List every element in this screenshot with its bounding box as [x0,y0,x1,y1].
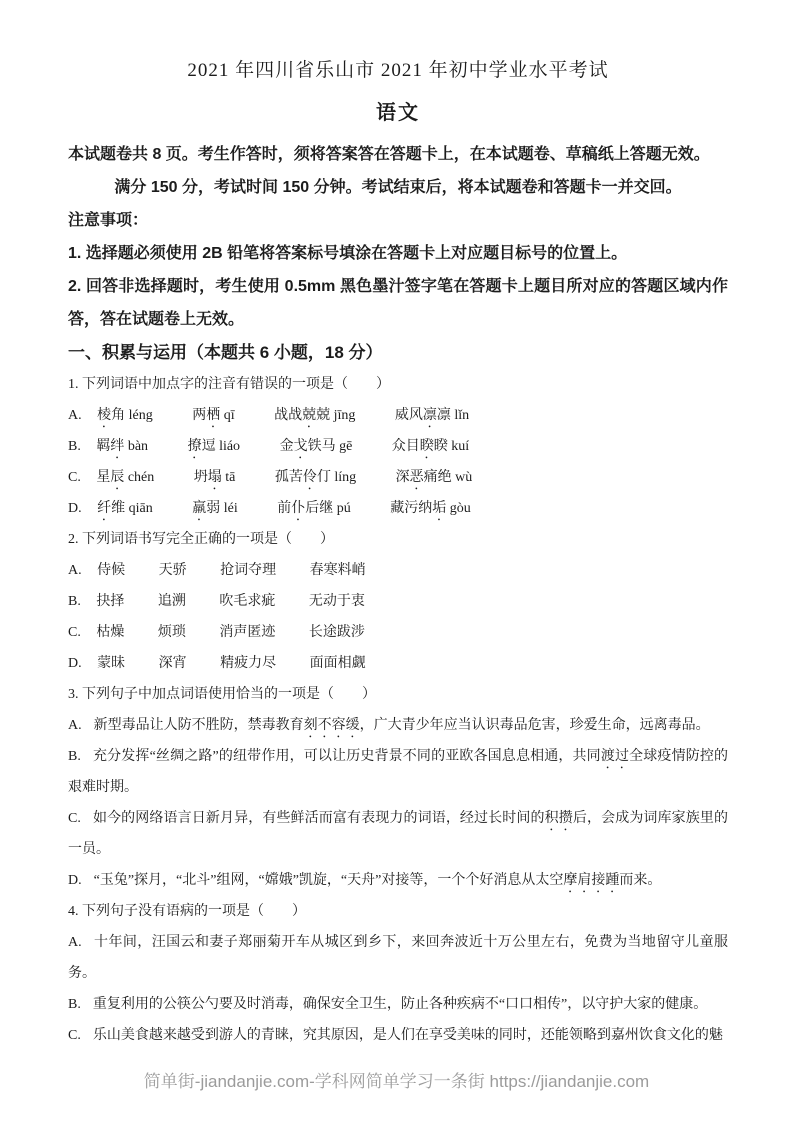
q3-option-d: D.“玉兔”探月，“北斗”组网，“嫦娥”凯旋，“天舟”对接等，一个个好消息从太空… [68,865,728,896]
pinyin-word: 前仆后继 pú [277,501,351,516]
option-label: A. [68,718,82,733]
q3-option-c: C.如今的网络语言日新月异，有些鲜活而富有表现力的词语，经过长时间的积攒后，会成… [68,803,728,865]
q1-option-c: C. 星辰 chén 坍塌 tā 孤苦伶仃 líng 深恶痛绝 wù [68,462,728,493]
word-item: 烦琐 [158,625,186,640]
pinyin-word: 羁绊 bàn [96,439,148,454]
questions-area: 1. 下列词语中加点字的注音有错误的一项是（ ） A. 棱角 léng 两栖 q… [68,369,728,1051]
exam-notice: 本试题卷共 8 页。考生作答时，须将答案答在答题卡上，在本试题卷、草稿纸上答题无… [68,138,728,336]
pinyin-word: 孤苦伶仃 líng [275,470,356,485]
option-sentence: 新型毒品让人防不胜防，禁毒教育刻不容缓，广大青少年应当认识毒品危害，珍爱生命，远… [94,718,710,733]
word-item: 面面相觑 [310,656,366,671]
pinyin-word: 深恶痛绝 wù [396,470,473,485]
word-item: 长途跋涉 [309,625,365,640]
word-item: 春寒料峭 [310,563,366,578]
exam-paper-page: 2021 年四川省乐山市 2021 年初中学业水平考试 语文 本试题卷共 8 页… [0,0,793,1122]
q2-option-a: A. 侍候 天骄 抢词夺理 春寒料峭 [68,555,728,586]
section1-title: 一、积累与运用（本题共 6 小题，18 分） [68,336,728,369]
q3-option-a: A.新型毒品让人防不胜防，禁毒教育刻不容缓，广大青少年应当认识毒品危害，珍爱生命… [68,710,728,741]
option-label: B. [68,594,81,609]
notice-item2: 2. 回答非选择题时，考生使用 0.5mm 黑色墨汁签字笔在答题卡上题目所对应的… [68,270,728,336]
word-item: 追溯 [158,594,186,609]
option-label: A. [68,563,82,578]
notice-line1: 本试题卷共 8 页。考生作答时，须将答案答在答题卡上，在本试题卷、草稿纸上答题无… [68,138,728,171]
q2-stem: 2. 下列词语书写完全正确的一项是（ ） [68,524,728,555]
pinyin-word: 撩逗 liáo [188,439,241,454]
q4-option-b: B.重复利用的公筷公勺要及时消毒，确保安全卫生，防止各种疾病不“口口相传”，以守… [68,989,728,1020]
option-label: C. [68,625,81,640]
q1-option-a: A. 棱角 léng 两栖 qī 战战兢兢 jīng 威风凛凛 lǐn [68,400,728,431]
word-item: 抉择 [96,594,124,609]
option-sentence: 乐山美食越来越受到游人的青睐，究其原因，是人们在享受美味的同时，还能领略到嘉州饮… [93,1028,723,1043]
q3-option-b: B.充分发挥“丝绸之路”的纽带作用，可以让历史背景不同的亚欧各国息息相通，共同渡… [68,741,728,803]
q2-option-b: B. 抉择 追溯 吹毛求疵 无动于衷 [68,586,728,617]
option-label: D. [68,501,82,516]
option-label: B. [68,439,81,454]
watermark-footer: 简单街-jiandanjie.com-学科网简单学习一条街 https://ji… [0,1067,793,1092]
option-label: C. [68,1028,81,1043]
q4-option-c: C.乐山美食越来越受到游人的青睐，究其原因，是人们在享受美味的同时，还能领略到嘉… [68,1020,728,1051]
pinyin-word: 羸弱 léi [192,501,238,516]
notice-heading: 注意事项： [68,204,728,237]
pinyin-word: 棱角 léng [97,408,153,423]
pinyin-word: 星辰 chén [96,470,154,485]
q3-stem: 3. 下列句子中加点词语使用恰当的一项是（ ） [68,679,728,710]
pinyin-word: 藏污纳垢 gòu [390,501,471,516]
option-sentence: 如今的网络语言日新月异，有些鲜活而富有表现力的词语，经过长时间的积攒后，会成为词… [68,811,728,857]
option-label: A. [68,408,82,423]
option-sentence: 充分发挥“丝绸之路”的纽带作用，可以让历史背景不同的亚欧各国息息相通，共同渡过全… [68,749,728,795]
pinyin-word: 战战兢兢 jīng [274,408,355,423]
q2-option-c: C. 枯燥 烦琐 消声匿迹 长途跋涉 [68,617,728,648]
word-item: 抢词夺理 [220,563,276,578]
word-item: 深宵 [159,656,187,671]
option-label: D. [68,873,82,888]
option-sentence: “玉兔”探月，“北斗”组网，“嫦娥”凯旋，“天舟”对接等，一个个好消息从太空摩肩… [94,873,662,888]
option-label: D. [68,656,82,671]
word-item: 消声匿迹 [219,625,275,640]
option-label: B. [68,749,81,764]
option-sentence: 重复利用的公筷公勺要及时消毒，确保安全卫生，防止各种疾病不“口口相传”，以守护大… [93,997,707,1012]
option-label: B. [68,997,81,1012]
pinyin-word: 金戈铁马 gē [280,439,353,454]
page-title: 2021 年四川省乐山市 2021 年初中学业水平考试 [68,56,728,86]
q1-option-b: B. 羁绊 bàn 撩逗 liáo 金戈铁马 gē 众目睽睽 kuí [68,431,728,462]
notice-item1: 1. 选择题必须使用 2B 铅笔将答案标号填涂在答题卡上对应题目标号的位置上。 [68,237,728,270]
word-item: 枯燥 [96,625,124,640]
word-item: 无动于衷 [309,594,365,609]
option-label: C. [68,811,81,826]
pinyin-word: 纤维 qiān [97,501,153,516]
q4-stem: 4. 下列句子没有语病的一项是（ ） [68,896,728,927]
pinyin-word: 威风凛凛 lǐn [395,408,469,423]
word-item: 精疲力尽 [220,656,276,671]
q2-option-d: D. 蒙昧 深宵 精疲力尽 面面相觑 [68,648,728,679]
notice-line2: 满分 150 分，考试时间 150 分钟。考试结束后，将本试题卷和答题卡一并交回… [68,171,728,204]
q1-stem: 1. 下列词语中加点字的注音有错误的一项是（ ） [68,369,728,400]
word-item: 天骄 [159,563,187,578]
word-item: 蒙昧 [97,656,125,671]
q1-option-d: D. 纤维 qiān 羸弱 léi 前仆后继 pú 藏污纳垢 gòu [68,493,728,524]
pinyin-word: 众目睽睽 kuí [392,439,469,454]
pinyin-word: 两栖 qī [192,408,234,423]
subject-title: 语文 [68,98,728,128]
pinyin-word: 坍塌 tā [194,470,236,485]
option-label: C. [68,470,81,485]
word-item: 吹毛求疵 [219,594,275,609]
option-label: A. [68,935,82,950]
word-item: 侍候 [97,563,125,578]
q4-option-a: A.十年间，汪国云和妻子郑丽菊开车从城区到乡下，来回奔波近十万公里左右，免费为当… [68,927,728,989]
option-sentence: 十年间，汪国云和妻子郑丽菊开车从城区到乡下，来回奔波近十万公里左右，免费为当地留… [68,935,728,981]
